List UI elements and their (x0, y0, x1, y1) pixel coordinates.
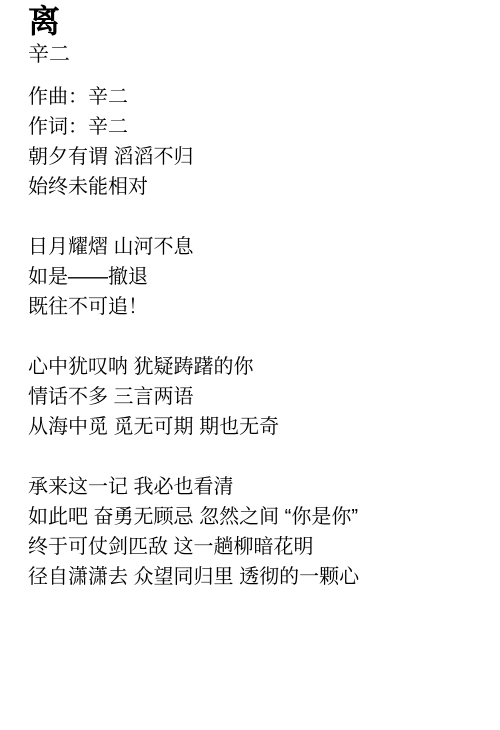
lyric-line (28, 442, 480, 472)
lyrics-body: 作曲：辛二作词：辛二朝夕有谓 滔滔不归始终未能相对日月耀熠 山河不息如是——撤退… (28, 82, 480, 592)
lyric-line: 始终未能相对 (28, 172, 480, 202)
lyric-line: 既往不可追！ (28, 292, 480, 322)
lyric-line: 作曲：辛二 (28, 82, 480, 112)
artist-name: 辛二 (28, 42, 480, 67)
lyric-line: 情话不多 三言两语 (28, 382, 480, 412)
lyric-line: 如此吧 奋勇无顾忌 忽然之间 “你是你” (28, 502, 480, 532)
lyric-line: 作词：辛二 (28, 112, 480, 142)
lyrics-page: 离 辛二 作曲：辛二作词：辛二朝夕有谓 滔滔不归始终未能相对日月耀熠 山河不息如… (0, 0, 500, 592)
lyric-line: 如是——撤退 (28, 262, 480, 292)
lyric-line: 承来这一记 我必也看清 (28, 472, 480, 502)
song-title: 离 (28, 2, 480, 40)
lyric-line: 径自潇潇去 众望同归里 透彻的一颗心 (28, 562, 480, 592)
lyric-line: 终于可仗剑匹敌 这一趟柳暗花明 (28, 532, 480, 562)
lyric-line (28, 202, 480, 232)
lyric-line: 日月耀熠 山河不息 (28, 232, 480, 262)
lyric-line (28, 322, 480, 352)
lyric-line: 心中犹叹呐 犹疑踌躇的你 (28, 352, 480, 382)
lyric-line: 朝夕有谓 滔滔不归 (28, 142, 480, 172)
lyric-line: 从海中觅 觅无可期 期也无奇 (28, 412, 480, 442)
